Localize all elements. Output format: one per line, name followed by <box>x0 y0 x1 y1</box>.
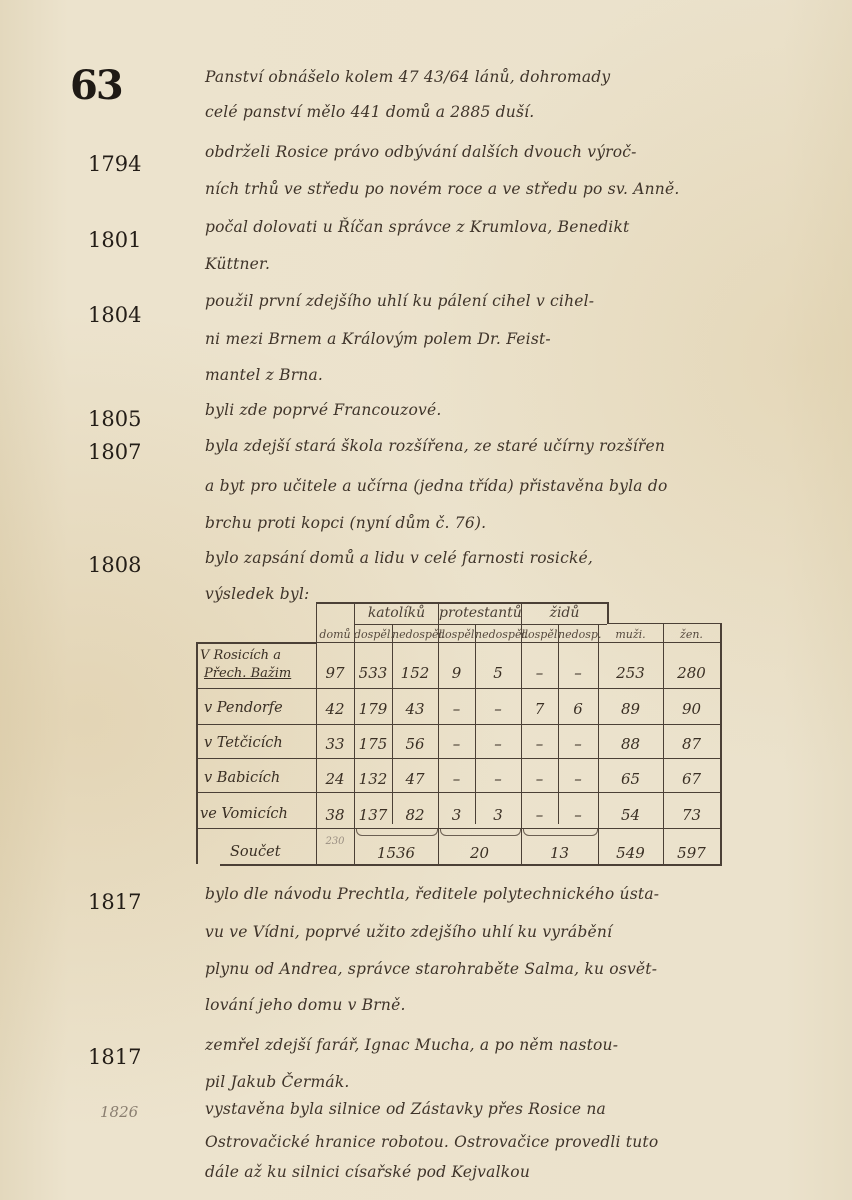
row-place: V Rosicích a <box>200 648 281 663</box>
row-place: ve Vomicích <box>200 806 288 822</box>
group-header: katolíků <box>355 605 438 621</box>
table-cell: 7 <box>521 700 558 718</box>
row-place: v Babicích <box>204 770 280 786</box>
margin-year: 1804 <box>88 303 168 327</box>
table-cell: – <box>558 806 598 824</box>
table-cell: – <box>438 735 475 753</box>
table-cell: – <box>438 770 475 788</box>
column-header: žen. <box>663 628 720 641</box>
table-cell: 5 <box>475 664 521 682</box>
column-header: dospěl. <box>521 628 558 641</box>
margin-year: 1801 <box>88 228 168 252</box>
table-cell: – <box>558 664 598 682</box>
table-cell: 67 <box>663 770 720 788</box>
table-cell: 82 <box>392 806 438 824</box>
text-line: Küttner. <box>205 255 775 273</box>
column-header: dospěl. <box>438 628 475 641</box>
table-cell: – <box>521 735 558 753</box>
table-cell: – <box>521 770 558 788</box>
table-cell: 97 <box>316 664 354 682</box>
text-line: Ostrovačické hranice robotou. Ostrovačic… <box>205 1133 775 1151</box>
total-men: 549 <box>598 844 663 862</box>
text-line: bylo zapsání domů a lidu v celé farnosti… <box>205 549 775 567</box>
text-line: bylo dle návodu Prechtla, ředitele polyt… <box>205 885 775 903</box>
table-cell: 42 <box>316 700 354 718</box>
margin-year: 1807 <box>88 440 168 464</box>
table-cell: 89 <box>598 700 663 718</box>
text-line: brchu proti kopci (nyní dům č. 76). <box>205 514 775 532</box>
table-cell: – <box>475 735 521 753</box>
text-line: mantel z Brna. <box>205 366 775 384</box>
text-line: a byt pro učitele a učírna (jedna třída)… <box>205 477 775 495</box>
table-cell: 73 <box>663 806 720 824</box>
margin-year: 1817 <box>88 890 168 914</box>
table-cell: 253 <box>598 664 663 682</box>
table-cell: 3 <box>475 806 521 824</box>
text-line: obdrželi Rosice právo odbývání dalších d… <box>205 143 775 161</box>
table-cell: 137 <box>354 806 392 824</box>
table-cell: 90 <box>663 700 720 718</box>
group-header: protestantů <box>439 605 521 621</box>
row-place: Přech. Bažim <box>204 666 291 681</box>
margin-year: 1817 <box>88 1045 168 1069</box>
table-cell: 87 <box>663 735 720 753</box>
text-line: ních trhů ve středu po novém roce a ve s… <box>205 180 775 198</box>
table-cell: 56 <box>392 735 438 753</box>
column-header: nedosp. <box>558 628 598 641</box>
chronicle-page: 63 Panství obnášelo kolem 47 43/64 lánů,… <box>0 0 852 1200</box>
table-cell: 33 <box>316 735 354 753</box>
text-line: byli zde poprvé Francouzové. <box>205 401 775 419</box>
text-line: výsledek byl: <box>205 585 775 603</box>
table-cell: 533 <box>354 664 392 682</box>
table-cell: 38 <box>316 806 354 824</box>
column-header: muži. <box>598 628 663 641</box>
houses-note: 230 <box>316 836 354 847</box>
table-cell: 43 <box>392 700 438 718</box>
table-cell: 88 <box>598 735 663 753</box>
table-cell: 24 <box>316 770 354 788</box>
text-line: plynu od Andrea, správce starohraběte Sa… <box>205 960 775 978</box>
margin-year: 1826 <box>100 1103 180 1121</box>
column-header: dospěl. <box>354 628 392 641</box>
table-cell: 47 <box>392 770 438 788</box>
column-header: domů <box>316 628 354 641</box>
row-place: v Tetčicích <box>204 735 283 751</box>
text-line: celé panství mělo 441 domů a 2885 duší. <box>205 103 775 121</box>
table-cell: 179 <box>354 700 392 718</box>
text-line: Panství obnášelo kolem 47 43/64 lánů, do… <box>205 68 775 86</box>
text-line: použil první zdejšího uhlí ku pálení cih… <box>205 292 775 310</box>
table-cell: – <box>558 735 598 753</box>
text-line: lování jeho domu v Brně. <box>205 996 775 1014</box>
total-protestants: 20 <box>438 844 521 862</box>
page-number: 63 <box>70 62 122 109</box>
group-header: židů <box>522 605 607 621</box>
table-cell: – <box>475 770 521 788</box>
table-cell: 65 <box>598 770 663 788</box>
table-cell: 280 <box>663 664 720 682</box>
text-line: zemřel zdejší farář, Ignac Mucha, a po n… <box>205 1036 775 1054</box>
row-place: v Pendorfe <box>204 700 283 716</box>
table-cell: 3 <box>438 806 475 824</box>
table-cell: 152 <box>392 664 438 682</box>
margin-year: 1805 <box>88 407 168 431</box>
column-header: nedospěl. <box>475 628 521 641</box>
margin-year: 1794 <box>88 152 168 176</box>
totals-label: Součet <box>230 844 281 860</box>
table-cell: 132 <box>354 770 392 788</box>
table-cell: – <box>521 664 558 682</box>
margin-year: 1808 <box>88 553 168 577</box>
table-cell: – <box>438 700 475 718</box>
text-line: dále až ku silnici císařské pod Kejvalko… <box>205 1163 775 1181</box>
table-cell: – <box>521 806 558 824</box>
column-header: nedospěl. <box>392 628 438 641</box>
table-cell: – <box>475 700 521 718</box>
total-catholics: 1536 <box>354 844 438 862</box>
table-cell: – <box>558 770 598 788</box>
text-line: počal dolovati u Říčan správce z Krumlov… <box>205 218 775 236</box>
text-line: ni mezi Brnem a Královým polem Dr. Feist… <box>205 330 775 348</box>
total-jews: 13 <box>521 844 598 862</box>
text-line: vystavěna byla silnice od Zástavky přes … <box>205 1100 775 1118</box>
table-cell: 6 <box>558 700 598 718</box>
total-women: 597 <box>663 844 720 862</box>
text-line: byla zdejší stará škola rozšířena, ze st… <box>205 437 775 455</box>
table-cell: 54 <box>598 806 663 824</box>
table-cell: 9 <box>438 664 475 682</box>
table-cell: 175 <box>354 735 392 753</box>
text-line: pil Jakub Čermák. <box>205 1073 775 1091</box>
text-line: vu ve Vídni, poprvé užito zdejšího uhlí … <box>205 923 775 941</box>
